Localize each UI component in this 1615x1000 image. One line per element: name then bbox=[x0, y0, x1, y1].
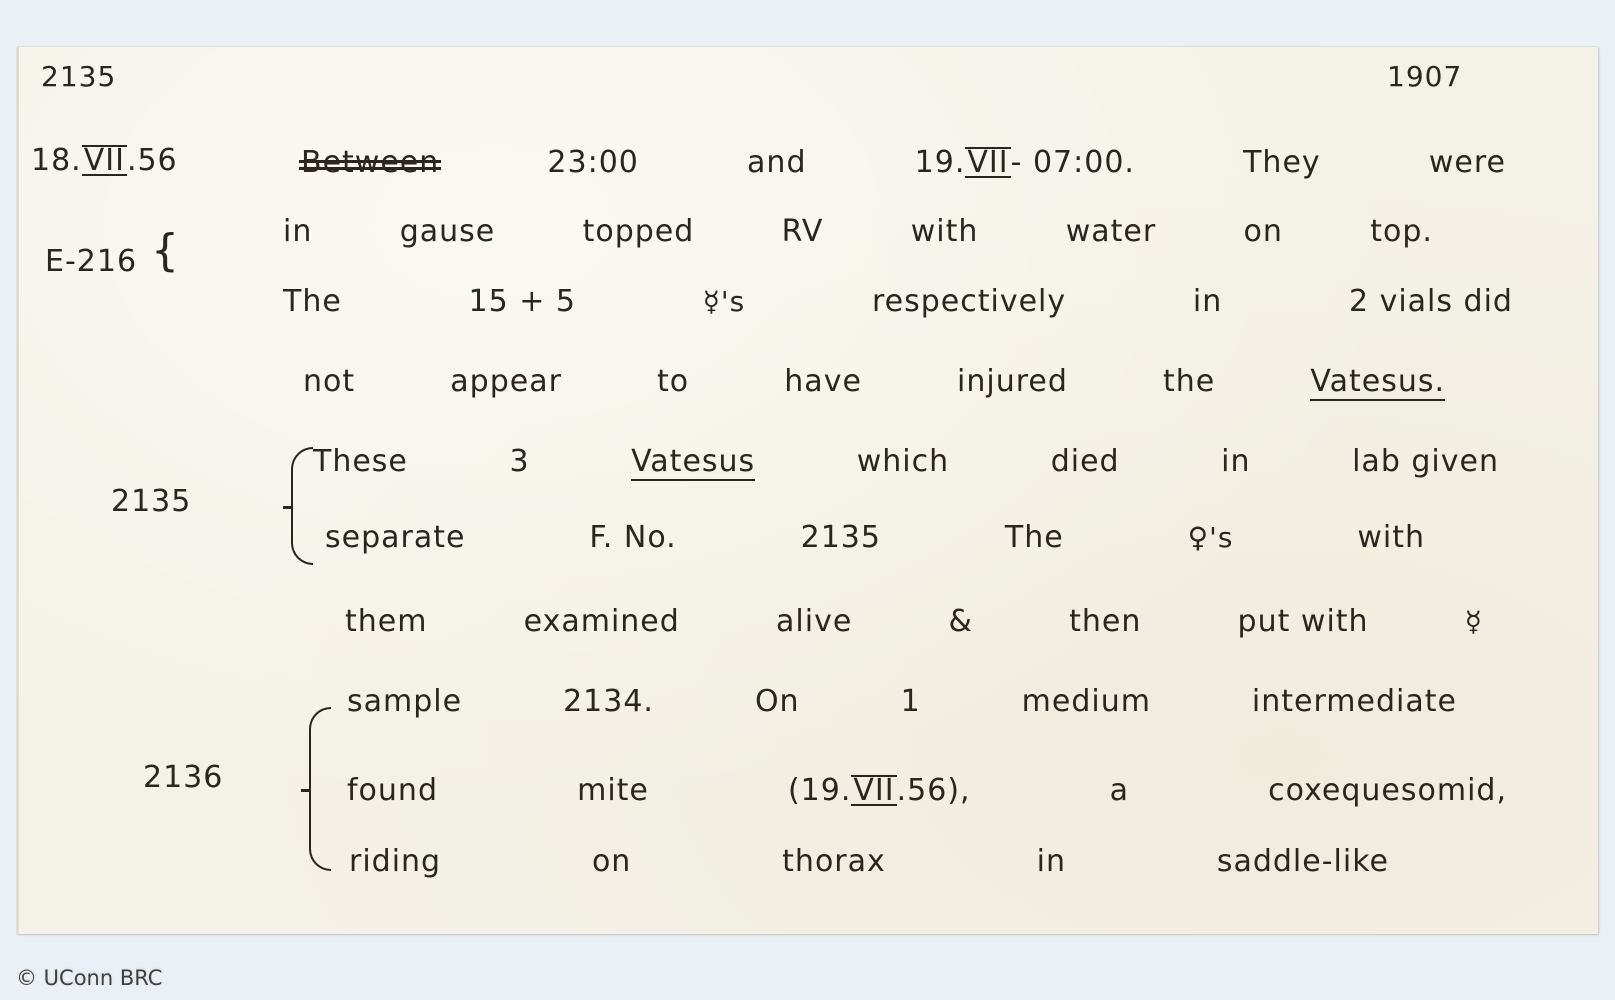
word: died bbox=[1051, 447, 1120, 477]
text-line-9: found mite (19.VII.56), a coxequesomid, bbox=[347, 775, 1507, 806]
word: thorax bbox=[782, 847, 886, 877]
date-month-roman: VII bbox=[82, 145, 127, 176]
word: to bbox=[657, 367, 689, 397]
species-name: Vatesus. bbox=[1310, 367, 1445, 401]
date-year: .56 bbox=[127, 143, 178, 178]
word: examined bbox=[524, 607, 680, 637]
brace-icon: { bbox=[151, 229, 179, 273]
word: were bbox=[1429, 148, 1506, 178]
word: topped bbox=[583, 217, 695, 247]
word: top. bbox=[1370, 217, 1433, 247]
word: These bbox=[313, 447, 408, 477]
catalog-number-right: 1907 bbox=[1387, 63, 1462, 91]
word: with bbox=[911, 217, 979, 247]
word: which bbox=[857, 447, 949, 477]
text-line-4: not appear to have injured the Vatesus. bbox=[303, 367, 1445, 401]
female-symbol-icon: ♀'s bbox=[1188, 524, 1234, 552]
word: intermediate bbox=[1252, 687, 1457, 717]
worker-symbol-icon: ☿'s bbox=[703, 288, 745, 316]
word: gause bbox=[400, 217, 496, 247]
word-date: 19.VII- 07:00. bbox=[915, 147, 1135, 178]
word: on bbox=[592, 847, 631, 877]
roman-month: VII bbox=[851, 775, 896, 806]
word: with bbox=[1357, 523, 1425, 553]
word: found bbox=[347, 776, 438, 806]
word: in bbox=[283, 217, 312, 247]
text-line-1: Between 23:00 and 19.VII- 07:00. They we… bbox=[301, 147, 1506, 178]
word: 2134. bbox=[563, 687, 654, 717]
word-date: (19.VII.56), bbox=[788, 775, 971, 806]
word: water bbox=[1066, 217, 1156, 247]
word: not bbox=[303, 367, 355, 397]
word: have bbox=[784, 367, 862, 397]
word: in bbox=[1221, 447, 1250, 477]
word: 2135 bbox=[801, 523, 881, 553]
word: & bbox=[948, 607, 972, 637]
text-line-2: in gause topped RV with water on top. bbox=[283, 217, 1433, 247]
struck-out-word: Between bbox=[301, 148, 439, 178]
word: The bbox=[1005, 523, 1064, 553]
word: RV bbox=[782, 217, 824, 247]
catalog-number-left: 2135 bbox=[41, 63, 116, 91]
word: them bbox=[345, 607, 427, 637]
species-name: Vatesus bbox=[631, 447, 755, 481]
word: They bbox=[1243, 148, 1321, 178]
bracket-2135 bbox=[291, 447, 313, 565]
word: in bbox=[1193, 287, 1222, 317]
word: coxequesomid, bbox=[1268, 776, 1507, 806]
word: a bbox=[1110, 776, 1129, 806]
word: 2 vials did bbox=[1349, 287, 1513, 317]
word: injured bbox=[957, 367, 1068, 397]
word: respectively bbox=[872, 287, 1066, 317]
word: 23:00 bbox=[547, 148, 638, 178]
word: sample bbox=[347, 687, 462, 717]
word: 3 bbox=[509, 447, 529, 477]
word: and bbox=[747, 148, 806, 178]
margin-field-number-2135: 2135 bbox=[111, 487, 191, 517]
worker-symbol-icon: ☿ bbox=[1465, 608, 1483, 636]
text-line-6: separate F. No. 2135 The ♀'s with bbox=[325, 523, 1425, 553]
word: 15 + 5 bbox=[469, 287, 576, 317]
word: riding bbox=[349, 847, 441, 877]
roman-month: VII bbox=[965, 147, 1010, 178]
margin-field-number-2136: 2136 bbox=[143, 763, 223, 793]
text-line-7: them examined alive & then put with ☿ bbox=[345, 607, 1483, 637]
word: F. No. bbox=[589, 523, 676, 553]
word: saddle-like bbox=[1217, 847, 1389, 877]
text-line-10: riding on thorax in saddle-like bbox=[349, 847, 1389, 877]
word: then bbox=[1069, 607, 1141, 637]
text-line-5: These 3 Vatesus which died in lab given bbox=[313, 447, 1499, 481]
margin-collection-ref: E-216 bbox=[45, 247, 137, 277]
margin-date: 18.VII.56 bbox=[31, 145, 178, 176]
word: 1 bbox=[901, 687, 921, 717]
word: separate bbox=[325, 523, 465, 553]
word: mite bbox=[577, 776, 649, 806]
text-line-3: The 15 + 5 ☿'s respectively in 2 vials d… bbox=[283, 287, 1513, 317]
word: On bbox=[755, 687, 800, 717]
word: in bbox=[1037, 847, 1066, 877]
word: lab given bbox=[1352, 447, 1499, 477]
word: appear bbox=[450, 367, 562, 397]
word: medium bbox=[1022, 687, 1151, 717]
word: on bbox=[1244, 217, 1283, 247]
word: alive bbox=[776, 607, 852, 637]
word: The bbox=[283, 287, 342, 317]
copyright-watermark: © UConn BRC bbox=[16, 966, 162, 990]
index-card: 2135 1907 18.VII.56 E-216 { 2135 2136 Be… bbox=[17, 47, 1598, 934]
word: the bbox=[1163, 367, 1215, 397]
bracket-2136 bbox=[309, 707, 331, 871]
word: put with bbox=[1238, 607, 1369, 637]
text-line-8: sample 2134. On 1 medium intermediate bbox=[347, 687, 1457, 717]
date-day: 18. bbox=[31, 143, 82, 178]
